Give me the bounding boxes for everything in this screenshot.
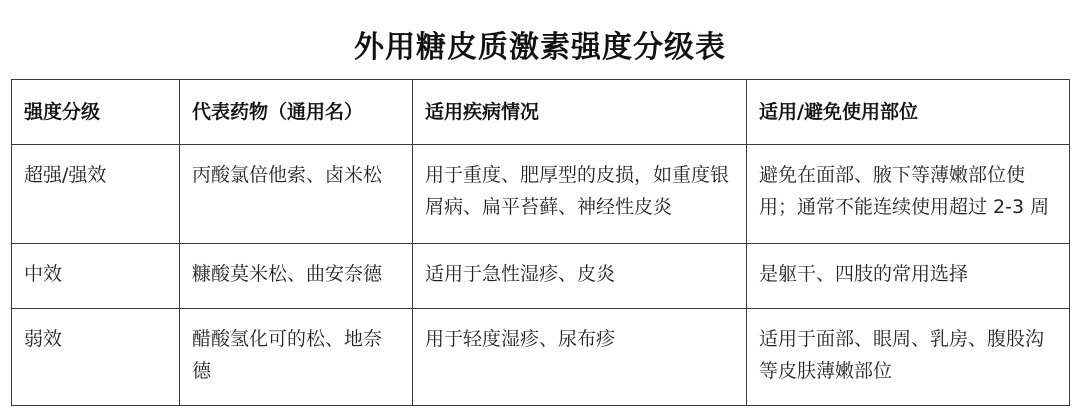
cell-indications: 用于轻度湿疹、尿布疹: [413, 309, 747, 406]
table-header-row: 强度分级 代表药物（通用名） 适用疾病情况 适用/避免使用部位: [12, 80, 1070, 145]
cell-strength: 弱效: [12, 309, 180, 406]
cell-body-sites: 适用于面部、眼周、乳房、腹股沟等皮肤薄嫩部位: [747, 309, 1070, 406]
header-drugs: 代表药物（通用名）: [180, 80, 413, 145]
table-row: 弱效 醋酸氢化可的松、地奈德 用于轻度湿疹、尿布疹 适用于面部、眼周、乳房、腹股…: [12, 309, 1070, 406]
page-title: 外用糖皮质激素强度分级表: [0, 22, 1080, 66]
cell-body-sites: 避免在面部、腋下等薄嫩部位使用；通常不能连续使用超过 2-3 周: [747, 145, 1070, 244]
table-row: 超强/强效 丙酸氯倍他索、卤米松 用于重度、肥厚型的皮损，如重度银屑病、扁平苔藓…: [12, 145, 1070, 244]
cell-strength: 中效: [12, 244, 180, 309]
header-strength: 强度分级: [12, 80, 180, 145]
cell-drugs: 醋酸氢化可的松、地奈德: [180, 309, 413, 406]
header-indications: 适用疾病情况: [413, 80, 747, 145]
steroid-strength-table: 强度分级 代表药物（通用名） 适用疾病情况 适用/避免使用部位 超强/强效 丙酸…: [11, 79, 1070, 406]
cell-strength: 超强/强效: [12, 145, 180, 244]
header-body-sites: 适用/避免使用部位: [747, 80, 1070, 145]
cell-drugs: 糠酸莫米松、曲安奈德: [180, 244, 413, 309]
cell-indications: 用于重度、肥厚型的皮损，如重度银屑病、扁平苔藓、神经性皮炎: [413, 145, 747, 244]
cell-indications: 适用于急性湿疹、皮炎: [413, 244, 747, 309]
cell-drugs: 丙酸氯倍他索、卤米松: [180, 145, 413, 244]
table-row: 中效 糠酸莫米松、曲安奈德 适用于急性湿疹、皮炎 是躯干、四肢的常用选择: [12, 244, 1070, 309]
cell-body-sites: 是躯干、四肢的常用选择: [747, 244, 1070, 309]
